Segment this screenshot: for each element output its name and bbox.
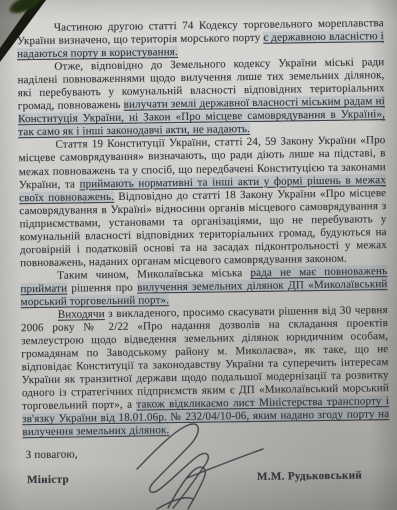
letter-content: Частиною другою статті 74 Кодексу торгов…: [17, 17, 390, 487]
underlined-passage: Виходячи: [58, 308, 105, 321]
paragraph: Частиною другою статті 74 Кодексу торгов…: [17, 17, 385, 61]
paragraph: Стаття 19 Конституції України, статті 24…: [18, 135, 387, 271]
paragraph: Таким чином, Миколаївська міська рада не…: [20, 265, 388, 309]
paragraph: Отже, відповідно до Земельного кодексу У…: [17, 56, 385, 139]
document-body: Частиною другою статті 74 Кодексу торгов…: [17, 17, 390, 440]
document-photo: Частиною другою статті 74 Кодексу торгов…: [0, 0, 397, 510]
paragraph: Виходячи з викладеного, просимо скасуват…: [21, 304, 390, 440]
handwritten-signature: [127, 421, 281, 510]
paper-sheet: Частиною другою статті 74 Кодексу торгов…: [0, 0, 397, 510]
signer-title: Міністр: [27, 473, 69, 487]
text-run: Таким чином, Миколаївська міська: [57, 267, 250, 282]
text-run: рішення про: [67, 282, 137, 295]
